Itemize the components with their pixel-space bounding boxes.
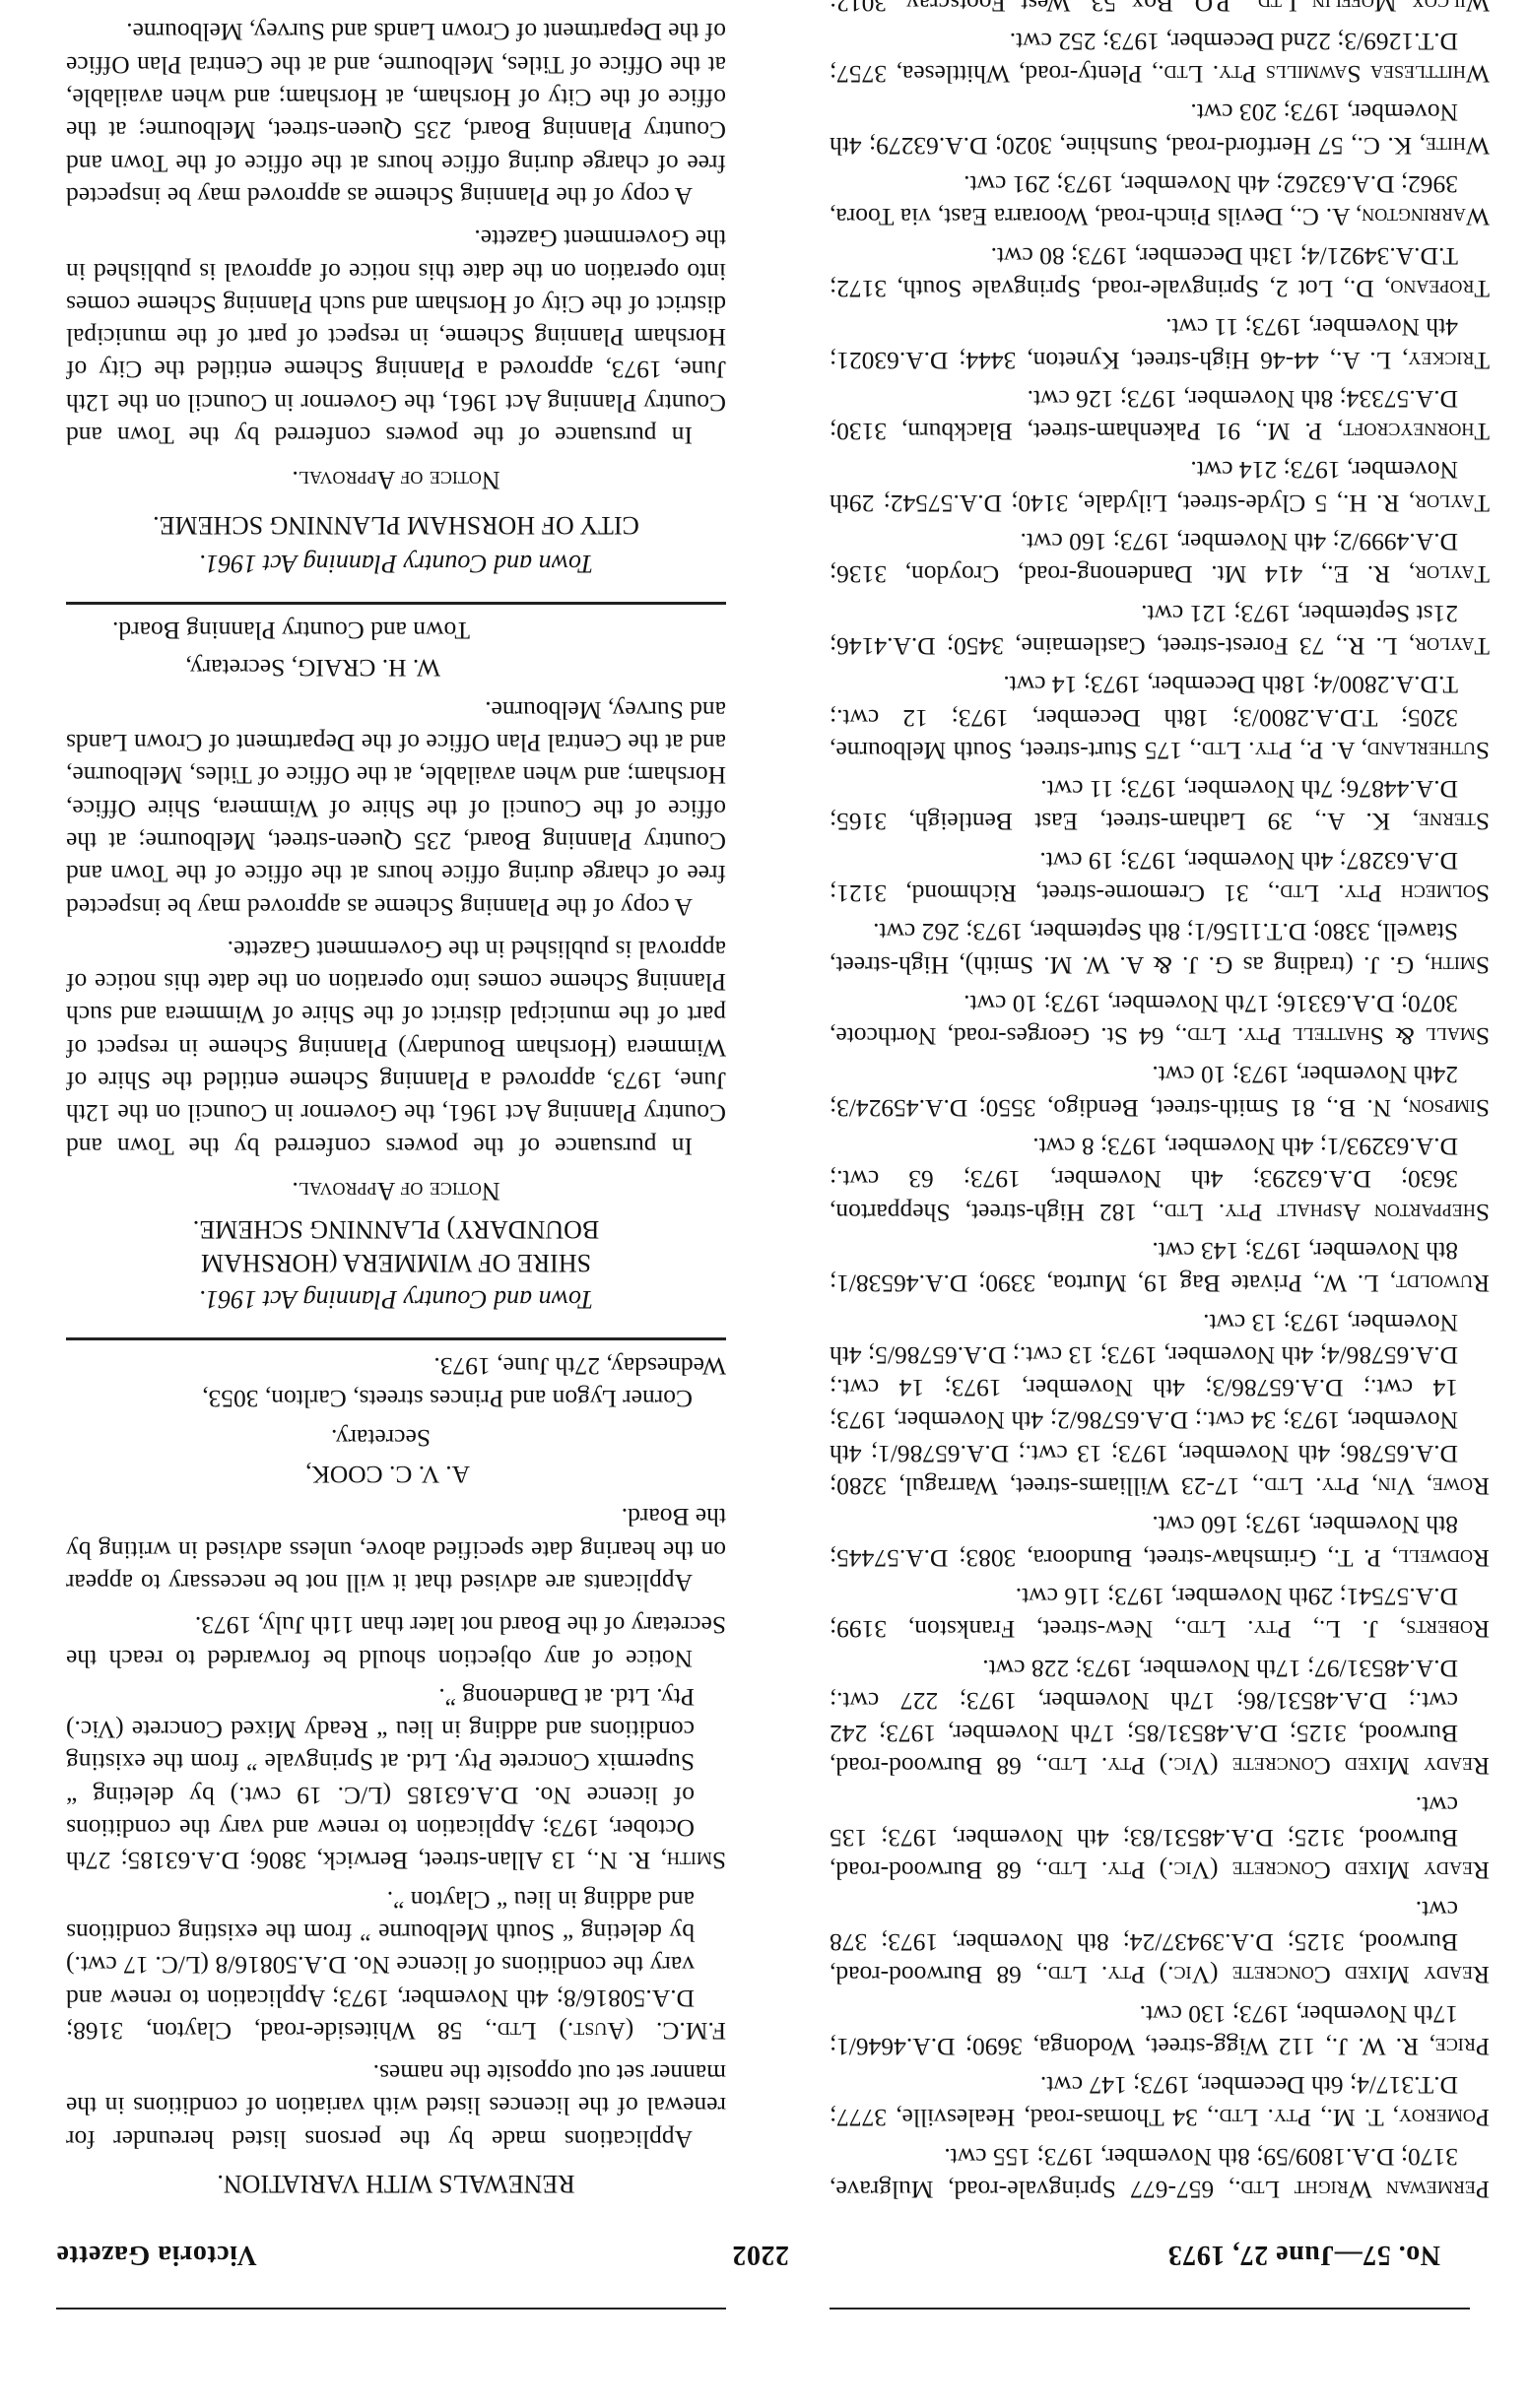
left-column: Permewan Wright Ltd., 657-677 Springvale… <box>830 0 1490 2206</box>
entry-name: Ready Mixed Concrete (Vic.) Pty. Ltd. <box>1042 1961 1490 1989</box>
entry-name: F.M.C. (Aust.) Ltd. <box>492 2017 726 2046</box>
entry-name: Price, R. W. J. <box>1332 2033 1490 2061</box>
entry-name: Small & Shattell Pty. Ltd. <box>1181 1022 1490 1051</box>
list-item: Ready Mixed Concrete (Vic.) Pty. Ltd., 6… <box>830 1789 1490 1887</box>
notice-date: Wednesday, 27th June, 1973. <box>66 1350 726 1383</box>
entry-name: Warrington, A. C. <box>1296 203 1490 231</box>
entry-name: Rowe, Vin, Pty. Ltd. <box>1258 1472 1490 1501</box>
list-item: Roberts, J. L., Pty. Ltd., New-street, F… <box>830 1581 1490 1647</box>
list-item: Rodwell, P. T., Grimshaw-street, Bundoor… <box>830 1509 1490 1575</box>
entry-name: Smith, G. J. <box>1363 951 1490 980</box>
right-column: RENEWALS WITH VARIATION. Applications ma… <box>66 0 726 2206</box>
section-divider <box>66 602 726 605</box>
licence-renewal-list: Permewan Wright Ltd., 657-677 Springvale… <box>830 0 1490 2206</box>
list-item: White, K. C., 57 Hertford-road, Sunshine… <box>830 97 1490 163</box>
list-item: Whittlesea Sawmills Pty. Ltd., Plenty-ro… <box>830 26 1490 92</box>
horsham-heading: CITY OF HORSHAM PLANNING SCHEME. <box>66 508 726 541</box>
entry-name: Trickey, L. A. <box>1336 347 1490 375</box>
list-item: Sterne, K. A., 39 Latham-street, East Be… <box>830 773 1490 839</box>
entry-name: Smith, R. N. <box>593 1847 726 1875</box>
entry-name: Simpson, N. B. <box>1333 1094 1490 1123</box>
entry-name: Roberts, J. L., Pty. Ltd. <box>1180 1615 1490 1644</box>
entry-name: Solmech Pty. Ltd. <box>1274 879 1490 908</box>
list-item: Small & Shattell Pty. Ltd., 64 St. Georg… <box>830 988 1490 1054</box>
list-item: Permewan Wright Ltd., 657-677 Springvale… <box>830 2140 1490 2206</box>
list-item: Ready Mixed Concrete (Vic.) Pty. Ltd., 6… <box>830 1652 1490 1783</box>
entry-name: White, K. C. <box>1358 132 1491 161</box>
wimmera-para-1: In pursuance of the powers conferred by … <box>66 934 726 1163</box>
entry-name: Rodwell, P. T. <box>1334 1544 1490 1573</box>
top-rule-right <box>56 2308 726 2310</box>
wimmera-signatory: W. H. CRAIG, Secretary, <box>66 651 440 683</box>
entry-name: Tropeano, D. <box>1350 275 1490 303</box>
list-item: Warrington, A. C., Devils Pinch-road, Wo… <box>830 168 1490 234</box>
list-item: Ruwoldt, L. W., Private Bag 19, Murtoa, … <box>830 1235 1490 1301</box>
variation-list: F.M.C. (Aust.) Ltd., 58 Whiteside-road, … <box>66 1681 726 2048</box>
signatory-title: Secretary. <box>66 1421 431 1454</box>
wimmera-signatory-org: Town and Country Planning Board. <box>66 615 470 647</box>
entry-name: Wilcox Mofflin Ltd. <box>1252 0 1490 18</box>
wimmera-para-2: A copy of the Planning Scheme as approve… <box>66 694 726 924</box>
renewals-variation-heading: RENEWALS WITH VARIATION. <box>66 2168 726 2200</box>
entry-name: Shepparton Asphalt Pty. Ltd. <box>1159 1199 1490 1227</box>
horsham-subheading: Notice of Approval. <box>66 464 726 496</box>
list-item: Sutherland, A. P., Pty. Ltd., 175 Sturt-… <box>830 669 1490 767</box>
list-item: Tropeano, D., Lot 2, Springvale-road, Sp… <box>830 239 1490 305</box>
list-item: Taylor, R. H., 5 Clyde-street, Lilydale,… <box>830 454 1490 520</box>
list-item: Price, R. W. J., 112 Wigg-street, Wodong… <box>830 1997 1490 2063</box>
entry-name: Ready Mixed Concrete (Vic.) Pty. Ltd. <box>1042 1856 1490 1885</box>
list-item: Wilcox Mofflin Ltd., P.O. Box 53, West F… <box>830 0 1490 20</box>
list-item: Smith, R. N., 13 Allan-street, Berwick, … <box>66 1681 726 1878</box>
wimmera-act: Town and Country Planning Act 1961. <box>66 1283 726 1316</box>
horsham-para-2: A copy of the Planning Scheme as approve… <box>66 16 726 213</box>
list-item: Shepparton Asphalt Pty. Ltd., 182 High-s… <box>830 1131 1490 1229</box>
list-item: Pomeroy, T. M., Pty. Ltd., 34 Thomas-roa… <box>830 2069 1490 2135</box>
entry-name: Taylor, R. E. <box>1327 560 1490 589</box>
entry-name: Thorneycroft, P. M. <box>1261 418 1490 446</box>
entry-name: Taylor, R. H. <box>1343 489 1490 518</box>
list-item: Taylor, R. E., 414 Mt. Dandenong-road, C… <box>830 526 1490 592</box>
list-item: Solmech Pty. Ltd., 31 Cremorne-street, R… <box>830 844 1490 910</box>
top-rule-left <box>830 2308 1470 2310</box>
entry-name: Permewan Wright Ltd. <box>1234 2176 1490 2204</box>
renewals-variation-intro: Applications made by the persons listed … <box>66 2057 726 2156</box>
applicants-notice: Applicants are advised that it will not … <box>66 1501 726 1599</box>
entry-name: Sterne, K. A. <box>1321 808 1490 836</box>
publication-title: Victoria Gazette <box>56 2239 257 2270</box>
wimmera-heading: SHIRE OF WIMMERA (HORSHAM BOUNDARY) PLAN… <box>125 1213 667 1279</box>
entry-name: Ruwoldt, L. W. <box>1319 1269 1490 1298</box>
list-item: Simpson, N. B., 81 Smith-street, Bendigo… <box>830 1059 1490 1125</box>
page-header: No. 57—June 27, 1973 2202 Victoria Gazet… <box>51 2231 1470 2270</box>
list-item: Ready Mixed Concrete (Vic.) Pty. Ltd., 6… <box>830 1893 1490 1991</box>
list-item: Thorneycroft, P. M., 91 Pakenham-street,… <box>830 383 1490 449</box>
gazette-page: No. 57—June 27, 1973 2202 Victoria Gazet… <box>0 0 1529 2408</box>
entry-name: Taylor, L. R. <box>1342 632 1490 661</box>
list-item: Trickey, L. A., 44-46 High-street, Kynet… <box>830 311 1490 377</box>
horsham-act: Town and Country Planning Act 1961. <box>66 548 726 580</box>
objection-notice: Notice of any objection should be forwar… <box>66 1609 726 1675</box>
board-address: Corner Lygon and Princes streets, Carlto… <box>66 1383 726 1415</box>
entry-name: Pomeroy, T. M., Pty. Ltd. <box>1213 2104 1490 2132</box>
list-item: Smith, G. J. (trading as G. J. & A. W. M… <box>830 916 1490 982</box>
signatory-name: A. V. C. COOK, <box>66 1459 470 1491</box>
horsham-signatory: W. H. CRAIG, Secretary, <box>66 0 440 6</box>
list-item: Taylor, L. R., 73 Forest-street, Castlem… <box>830 597 1490 663</box>
entry-name: Ready Mixed Concrete (Vic.) Pty. Ltd. <box>1042 1752 1490 1781</box>
list-item: Rowe, Vin, Pty. Ltd., 17-23 Williams-str… <box>830 1306 1490 1503</box>
list-item: F.M.C. (Aust.) Ltd., 58 Whiteside-road, … <box>66 1883 726 2047</box>
section-divider <box>66 1337 726 1340</box>
page-number: 2202 <box>51 2239 1470 2270</box>
entry-name: Sutherland, A. P., Pty. Ltd. <box>1196 737 1490 765</box>
horsham-para-1: In pursuance of the powers conferred by … <box>66 223 726 452</box>
wimmera-subheading: Notice of Approval. <box>66 1175 726 1207</box>
entry-name: Whittlesea Sawmills Pty. Ltd. <box>1158 60 1490 89</box>
